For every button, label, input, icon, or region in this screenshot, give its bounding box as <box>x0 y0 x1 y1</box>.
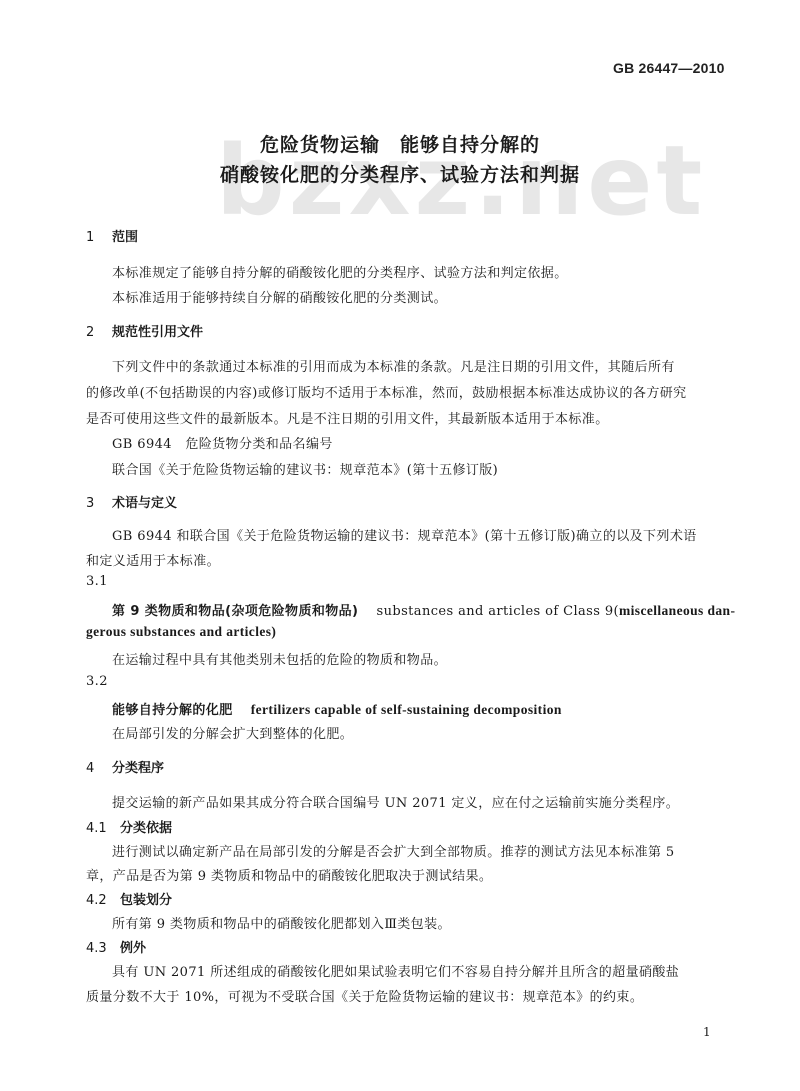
document-title-line-2: 硝酸铵化肥的分类程序、试验方法和判据 <box>0 160 800 187</box>
clause-number-3-2: 3.2 <box>86 674 108 689</box>
paragraph: 本标准适用于能够持续自分解的硝酸铵化肥的分类测试。 <box>112 287 447 306</box>
paragraph-line: 的修改单(不包括勘误的内容)或修订版均不适用于本标准，然而，鼓励根据本标准达成协… <box>86 382 687 401</box>
section-number: 2 <box>86 325 112 340</box>
term-3-2: 能够自持分解的化肥 fertilizers capable of self-su… <box>112 699 562 718</box>
term-cn: 能够自持分解的化肥 <box>112 703 233 718</box>
term-en-continued: gerous substances and articles) <box>86 624 276 640</box>
section-number: 3 <box>86 496 112 511</box>
section-heading-2: 2规范性引用文件 <box>86 321 203 340</box>
document-title-line-1: 危险货物运输 能够自持分解的 <box>0 130 800 157</box>
section-title: 规范性引用文件 <box>112 325 203 340</box>
paragraph-line: 下列文件中的条款通过本标准的引用而成为本标准的条款。凡是注日期的引用文件，其随后… <box>112 356 675 375</box>
section-title: 分类程序 <box>112 761 164 776</box>
clause-number-3-1: 3.1 <box>86 574 108 589</box>
normative-reference: GB 6944 危险货物分类和品名编号 <box>112 433 333 452</box>
subsection-number: 4.1 <box>86 821 120 836</box>
section-number: 1 <box>86 230 112 245</box>
paragraph: 本标准规定了能够自持分解的硝酸铵化肥的分类程序、试验方法和判定依据。 <box>112 262 568 281</box>
paragraph-line: 质量分数不大于 10%，可视为不受联合国《关于危险货物运输的建议书：规章范本》的… <box>86 986 643 1005</box>
section-heading-1: 1范围 <box>86 226 138 245</box>
subsection-title: 例外 <box>120 941 146 956</box>
paragraph-line: 具有 UN 2071 所述组成的硝酸铵化肥如果试验表明它们不容易自持分解并且所含… <box>112 961 679 980</box>
term-en: fertilizers capable of self-sustaining d… <box>251 702 562 717</box>
subsection-heading-4-3: 4.3例外 <box>86 937 146 956</box>
term-3-1: 第 9 类物质和物品(杂项危险物质和物品) substances and art… <box>112 600 735 619</box>
paragraph-line: 和定义适用于本标准。 <box>86 550 220 569</box>
subsection-heading-4-1: 4.1分类依据 <box>86 817 172 836</box>
section-title: 范围 <box>112 230 138 245</box>
subsection-title: 包装划分 <box>120 893 172 908</box>
section-heading-4: 4分类程序 <box>86 757 164 776</box>
term-en: substances and articles of Class 9( <box>377 604 619 619</box>
subsection-title: 分类依据 <box>120 821 172 836</box>
section-heading-3: 3术语与定义 <box>86 492 177 511</box>
standard-number: GB 26447—2010 <box>613 60 725 76</box>
paragraph: 所有第 9 类物质和物品中的硝酸铵化肥都划入Ⅲ类包装。 <box>112 913 451 932</box>
subsection-number: 4.2 <box>86 893 120 908</box>
page-number: 1 <box>703 1025 711 1039</box>
subsection-number: 4.3 <box>86 941 120 956</box>
term-definition: 在局部引发的分解会扩大到整体的化肥。 <box>112 723 353 742</box>
paragraph-line: GB 6944 和联合国《关于危险货物运输的建议书：规章范本》(第十五修订版)确… <box>112 525 697 544</box>
paragraph: 提交运输的新产品如果其成分符合联合国编号 UN 2071 定义，应在付之运输前实… <box>112 792 679 811</box>
term-en-bold: miscellaneous dan- <box>619 603 735 618</box>
section-number: 4 <box>86 761 112 776</box>
paragraph-line: 进行测试以确定新产品在局部引发的分解是否会扩大到全部物质。推荐的测试方法见本标准… <box>112 841 675 860</box>
subsection-heading-4-2: 4.2包装划分 <box>86 889 172 908</box>
paragraph-line: 是否可使用这些文件的最新版本。凡是不注日期的引用文件，其最新版本适用于本标准。 <box>86 408 609 427</box>
section-title: 术语与定义 <box>112 496 177 511</box>
term-cn: 第 9 类物质和物品(杂项危险物质和物品) <box>112 604 358 619</box>
paragraph-line: 章，产品是否为第 9 类物质和物品中的硝酸铵化肥取决于测试结果。 <box>86 865 492 884</box>
term-definition: 在运输过程中具有其他类别未包括的危险的物质和物品。 <box>112 649 447 668</box>
normative-reference: 联合国《关于危险货物运输的建议书：规章范本》(第十五修订版) <box>112 459 498 478</box>
